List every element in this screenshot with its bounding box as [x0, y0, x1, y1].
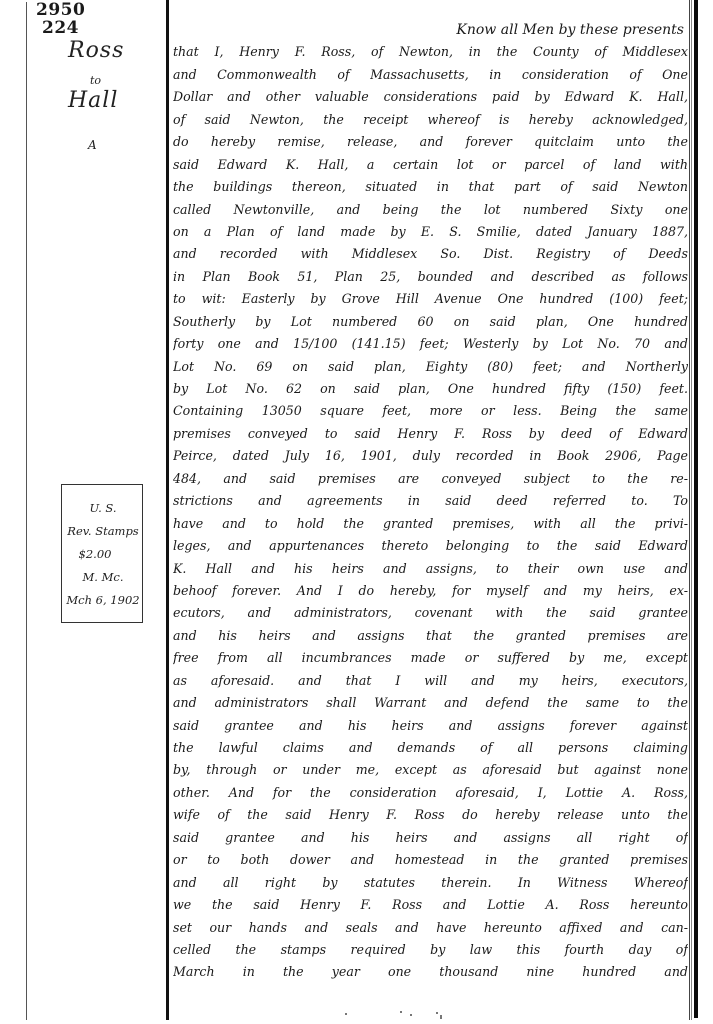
deed-line: Know all Men by these presents [173, 19, 688, 41]
deed-line: forty one and 15/100 (141.15) feet; West… [173, 333, 688, 355]
deed-line: we the said Henry F. Ross and Lottie A. … [173, 894, 688, 916]
deed-line: have and to hold the granted premises, w… [173, 513, 688, 535]
page-edge-shadow [694, 0, 698, 1018]
deed-line: March in the year one thousand nine hund… [173, 961, 688, 983]
margin-grantee: Hall [68, 88, 118, 113]
revenue-stamp-note: U. S. Rev. Stamps $2.00 M. Mc. Mch 6, 19… [61, 484, 143, 623]
margin-connector: to [90, 74, 101, 87]
deed-line: other. And for the consideration aforesa… [173, 782, 688, 804]
left-margin-rule [26, 2, 27, 1020]
deed-page: 2950 224 Ross to Hall A U. S. Rev. Stamp… [0, 0, 713, 1024]
column-divider [166, 0, 169, 1020]
deed-line: Peirce, dated July 16, 1901, duly record… [173, 445, 688, 467]
deed-line: leges, and appurtenances thereto belongi… [173, 535, 688, 557]
deed-line: and recorded with Middlesex So. Dist. Re… [173, 243, 688, 265]
deed-line: that I, Henry F. Ross, of Newton, in the… [173, 41, 688, 63]
deed-line: said grantee and his heirs and assigns a… [173, 827, 688, 849]
deed-line: and administrators shall Warrant and def… [173, 692, 688, 714]
deed-line: the buildings thereon, situated in that … [173, 176, 688, 198]
deed-line: premises conveyed to said Henry F. Ross … [173, 423, 688, 445]
deed-line: of said Newton, the receipt whereof is h… [173, 109, 688, 131]
deed-line: the lawful claims and demands of all per… [173, 737, 688, 759]
record-number-secondary: 224 [42, 18, 79, 38]
stamp-line: M. Mc. [62, 570, 144, 584]
deed-line: on a Plan of land made by E. S. Smilie, … [173, 221, 688, 243]
deed-line: do hereby remise, release, and forever q… [173, 131, 688, 153]
deed-line: Containing 13050 square feet, more or le… [173, 400, 688, 422]
deed-line: free from all incumbrances made or suffe… [173, 647, 688, 669]
deed-line: in Plan Book 51, Plan 25, bounded and de… [173, 266, 688, 288]
deed-line: and all right by statutes therein. In Wi… [173, 872, 688, 894]
deed-line: and his heirs and assigns that the grant… [173, 625, 688, 647]
stamp-line: U. S. [62, 501, 144, 515]
deed-line: celled the stamps required by law this f… [173, 939, 688, 961]
deed-line: Lot No. 69 on said plan, Eighty (80) fee… [173, 356, 688, 378]
deed-line: and Commonwealth of Massachusetts, in co… [173, 64, 688, 86]
right-margin-rule-inner [691, 0, 692, 1020]
margin-marker: A [88, 138, 97, 152]
deed-line: K. Hall and his heirs and assigns, to th… [173, 558, 688, 580]
deed-line: Southerly by Lot numbered 60 on said pla… [173, 311, 688, 333]
deed-line: as aforesaid. and that I will and my hei… [173, 670, 688, 692]
margin-grantor: Ross [68, 38, 124, 63]
right-margin-rule [689, 0, 690, 1020]
deed-body: Know all Men by these presents that I, H… [173, 19, 688, 984]
deed-line: or to both dower and homestead in the gr… [173, 849, 688, 871]
stamp-line: Rev. Stamps [62, 524, 144, 538]
deed-line: set our hands and seals and have hereunt… [173, 917, 688, 939]
deed-line: by Lot No. 62 on said plan, One hundred … [173, 378, 688, 400]
stamp-line: Mch 6, 1902 [62, 593, 144, 607]
deed-line: wife of the said Henry F. Ross do hereby… [173, 804, 688, 826]
record-number-primary: 2950 [36, 0, 85, 20]
deed-line: behoof forever. And I do hereby, for mys… [173, 580, 688, 602]
deed-line: ecutors, and administrators, covenant wi… [173, 602, 688, 624]
deed-line: called Newtonville, and being the lot nu… [173, 199, 688, 221]
deed-line: Dollar and other valuable considerations… [173, 86, 688, 108]
stamp-line: $2.00 [54, 547, 136, 561]
deed-line: strictions and agreements in said deed r… [173, 490, 688, 512]
deed-line: 484, and said premises are conveyed subj… [173, 468, 688, 490]
deed-line: by, through or under me, except as afore… [173, 759, 688, 781]
deed-line: said grantee and his heirs and assigns f… [173, 715, 688, 737]
deed-line: said Edward K. Hall, a certain lot or pa… [173, 154, 688, 176]
deed-line: to wit: Easterly by Grove Hill Avenue On… [173, 288, 688, 310]
scan-noise [340, 1010, 460, 1018]
